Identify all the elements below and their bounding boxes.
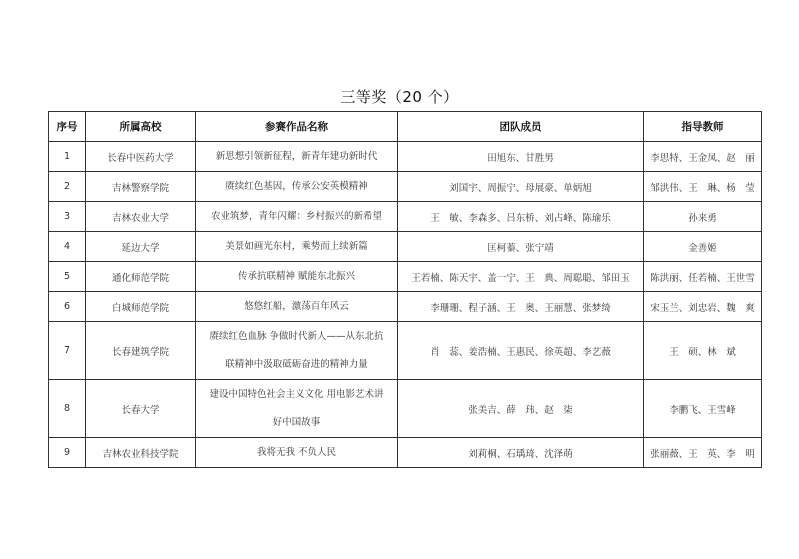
cell-index: 1 <box>49 142 86 172</box>
work-line: 我将无我 不负人民 <box>199 439 394 467</box>
cell-work: 美景如画光东村，乘势而上续新篇 <box>196 232 398 262</box>
work-line: 建设中国特色社会主义文化 用电影艺术讲 <box>199 381 394 409</box>
cell-school: 长春建筑学院 <box>86 322 196 380</box>
cell-teacher: 宋玉兰、刘忠岩、魏 爽 <box>644 292 762 322</box>
cell-school: 吉林农业大学 <box>86 202 196 232</box>
cell-index: 9 <box>49 438 86 468</box>
work-line: 赓续红色血脉 争做时代新人——从东北抗 <box>199 323 394 351</box>
cell-work: 我将无我 不负人民 <box>196 438 398 468</box>
table-row: 1 长春中医药大学 新思想引领新征程，新青年建功新时代 田旭东、甘胜男 李思特、… <box>49 142 762 172</box>
cell-team: 刘国宇、周振宁、母展豪、单炳旭 <box>398 172 644 202</box>
award-table: 序号 所属高校 参赛作品名称 团队成员 指导教师 1 长春中医药大学 新思想引领… <box>48 111 762 468</box>
header-work: 参赛作品名称 <box>196 112 398 142</box>
table-row: 2 吉林警察学院 赓续红色基因，传承公安英模精神 刘国宇、周振宁、母展豪、单炳旭… <box>49 172 762 202</box>
table-row: 7 长春建筑学院 赓续红色血脉 争做时代新人——从东北抗 联精神中汲取砥砺奋进的… <box>49 322 762 380</box>
cell-team: 肖 蕊、姜浩楠、王惠民、徐英超、李艺薇 <box>398 322 644 380</box>
cell-index: 4 <box>49 232 86 262</box>
cell-index: 2 <box>49 172 86 202</box>
table-header-row: 序号 所属高校 参赛作品名称 团队成员 指导教师 <box>49 112 762 142</box>
cell-team: 王 敏、李森多、吕东桥、刘占峰、陈瑜乐 <box>398 202 644 232</box>
table-row: 5 通化师范学院 传承抗联精神 赋能东北振兴 王若楠、陈天宇、盖一宁、王 典、周… <box>49 262 762 292</box>
cell-school: 白城师范学院 <box>86 292 196 322</box>
cell-teacher: 王 硕、林 斌 <box>644 322 762 380</box>
cell-work: 赓续红色基因，传承公安英模精神 <box>196 172 398 202</box>
cell-work: 建设中国特色社会主义文化 用电影艺术讲 好中国故事 <box>196 380 398 438</box>
cell-index: 7 <box>49 322 86 380</box>
cell-teacher: 李思特、王金凤、赵 丽 <box>644 142 762 172</box>
header-teacher: 指导教师 <box>644 112 762 142</box>
cell-school: 吉林警察学院 <box>86 172 196 202</box>
cell-teacher: 陈洪丽、任若楠、王世雪 <box>644 262 762 292</box>
table-row: 3 吉林农业大学 农业筑梦，青年闪耀：乡村振兴的新希望 王 敏、李森多、吕东桥、… <box>49 202 762 232</box>
work-line: 美景如画光东村，乘势而上续新篇 <box>199 233 394 261</box>
work-line: 传承抗联精神 赋能东北振兴 <box>199 263 394 291</box>
cell-teacher: 李鹏飞、王雪峰 <box>644 380 762 438</box>
cell-team: 刘莉桐、石瑀琦、沈泽萌 <box>398 438 644 468</box>
cell-work: 悠悠红船，激荡百年风云 <box>196 292 398 322</box>
cell-school: 通化师范学院 <box>86 262 196 292</box>
cell-teacher: 金善姬 <box>644 232 762 262</box>
cell-school: 延边大学 <box>86 232 196 262</box>
cell-work: 传承抗联精神 赋能东北振兴 <box>196 262 398 292</box>
cell-team: 李珊珊、程子涵、王 奥、王丽慧、张梦绮 <box>398 292 644 322</box>
header-index: 序号 <box>49 112 86 142</box>
work-line: 新思想引领新征程，新青年建功新时代 <box>199 143 394 171</box>
table-row: 8 长春大学 建设中国特色社会主义文化 用电影艺术讲 好中国故事 张美吉、薛 玮… <box>49 380 762 438</box>
cell-work: 赓续红色血脉 争做时代新人——从东北抗 联精神中汲取砥砺奋进的精神力量 <box>196 322 398 380</box>
cell-teacher: 张丽薇、王 英、李 明 <box>644 438 762 468</box>
cell-teacher: 邹洪伟、王 琳、杨 莹 <box>644 172 762 202</box>
cell-index: 8 <box>49 380 86 438</box>
cell-school: 吉林农业科技学院 <box>86 438 196 468</box>
cell-team: 田旭东、甘胜男 <box>398 142 644 172</box>
work-line: 赓续红色基因，传承公安英模精神 <box>199 173 394 201</box>
work-line: 好中国故事 <box>199 409 394 437</box>
cell-team: 张美吉、薛 玮、赵 柒 <box>398 380 644 438</box>
header-team: 团队成员 <box>398 112 644 142</box>
cell-work: 农业筑梦，青年闪耀：乡村振兴的新希望 <box>196 202 398 232</box>
table-row: 6 白城师范学院 悠悠红船，激荡百年风云 李珊珊、程子涵、王 奥、王丽慧、张梦绮… <box>49 292 762 322</box>
cell-work: 新思想引领新征程，新青年建功新时代 <box>196 142 398 172</box>
cell-teacher: 孙来勇 <box>644 202 762 232</box>
table-row: 9 吉林农业科技学院 我将无我 不负人民 刘莉桐、石瑀琦、沈泽萌 张丽薇、王 英… <box>49 438 762 468</box>
cell-school: 长春中医药大学 <box>86 142 196 172</box>
header-school: 所属高校 <box>86 112 196 142</box>
cell-team: 匡柯蓁、张宁靖 <box>398 232 644 262</box>
cell-index: 3 <box>49 202 86 232</box>
cell-index: 6 <box>49 292 86 322</box>
table-row: 4 延边大学 美景如画光东村，乘势而上续新篇 匡柯蓁、张宁靖 金善姬 <box>49 232 762 262</box>
cell-school: 长春大学 <box>86 380 196 438</box>
cell-team: 王若楠、陈天宇、盖一宁、王 典、周聪聪、邹田玉 <box>398 262 644 292</box>
work-line: 悠悠红船，激荡百年风云 <box>199 293 394 321</box>
cell-index: 5 <box>49 262 86 292</box>
work-line: 农业筑梦，青年闪耀：乡村振兴的新希望 <box>199 203 394 231</box>
work-line: 联精神中汲取砥砺奋进的精神力量 <box>199 351 394 379</box>
section-title: 三等奖（20 个） <box>0 86 799 107</box>
